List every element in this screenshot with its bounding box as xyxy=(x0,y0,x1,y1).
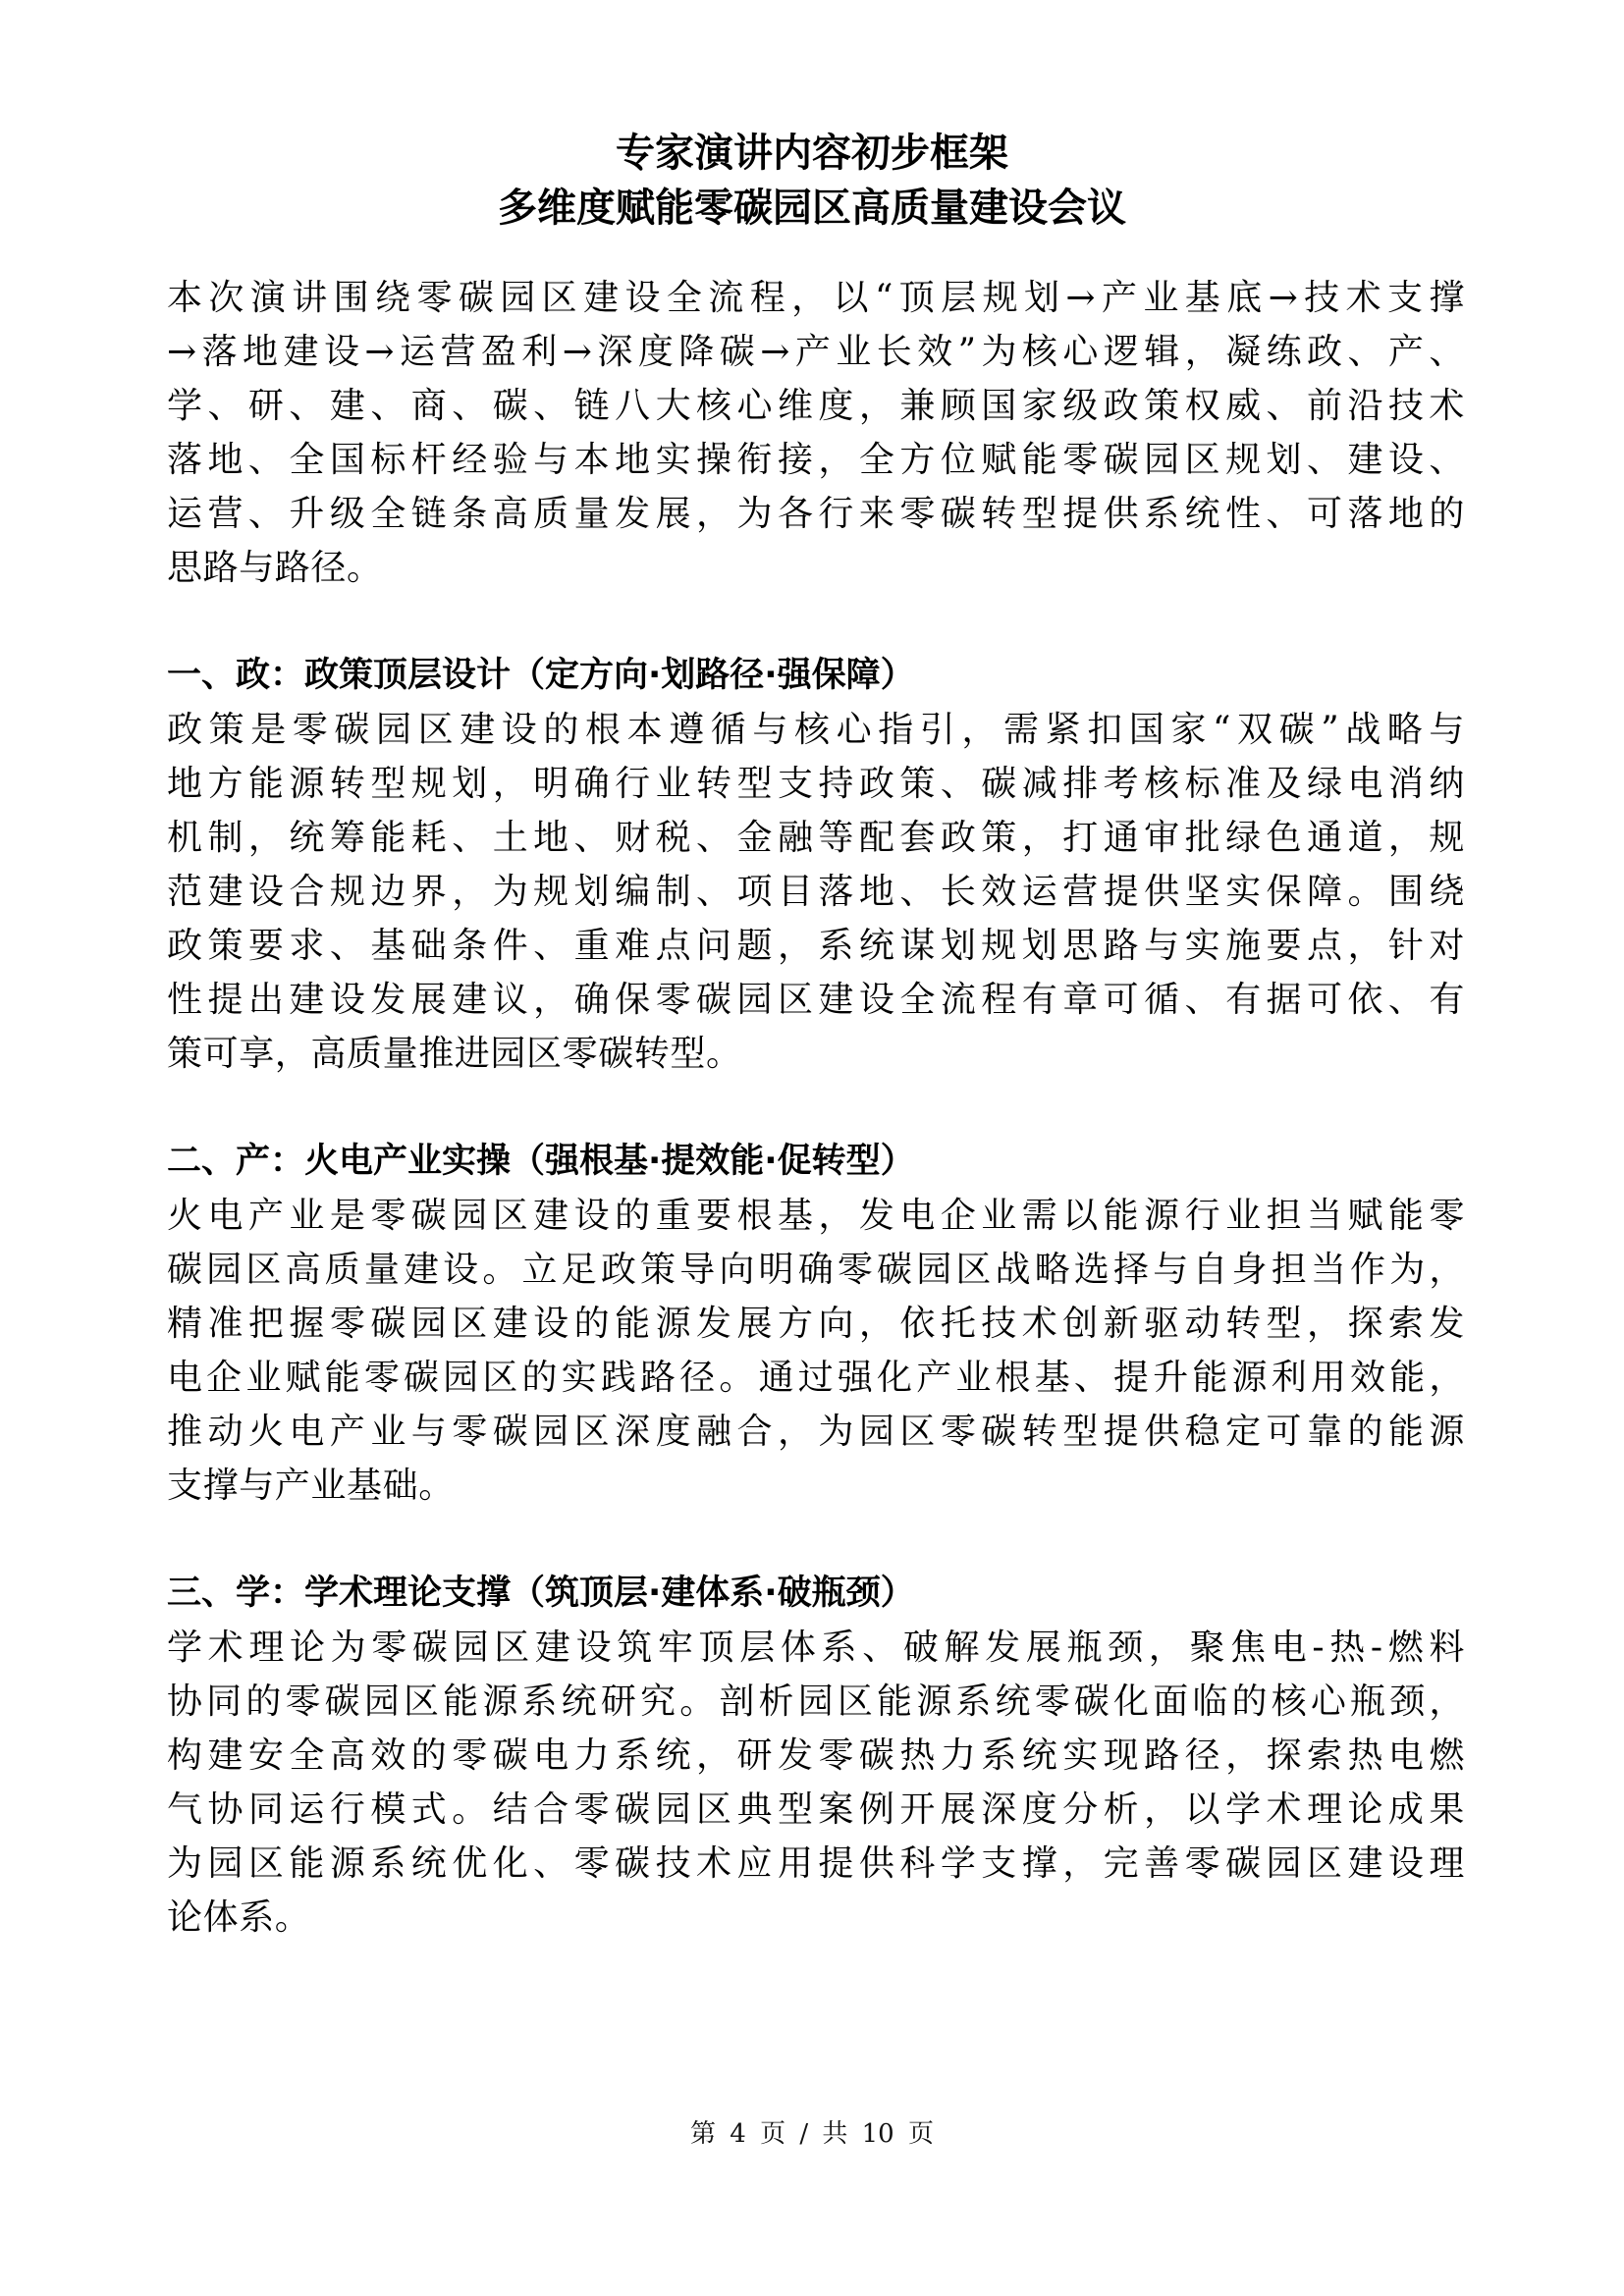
section-paragraph: 学术理论为零碳园区建设筑牢顶层体系、破解发展瓶颈，聚焦电-热-燃料 协同的零碳园… xyxy=(167,1621,1465,1945)
text-line: 电企业赋能零碳园区的实践路径。通过强化产业根基、提升能源利用效能， xyxy=(167,1351,1465,1405)
page-number: 第 4 页 / 共 10 页 xyxy=(0,2116,1624,2152)
text-line: 性提出建设发展建议，确保零碳园区建设全流程有章可循、有据可依、有 xyxy=(167,973,1465,1027)
text-line: 论体系。 xyxy=(167,1891,1465,1945)
section-academic: 三、学：学术理论支撑（筑顶层·建体系·破瓶颈） 学术理论为零碳园区建设筑牢顶层体… xyxy=(167,1567,1465,1945)
title-line-1: 专家演讲内容初步框架 xyxy=(0,126,1624,181)
text-line: 精准把握零碳园区建设的能源发展方向，依托技术创新驱动转型，探索发 xyxy=(167,1297,1465,1351)
section-heading: 二、产：火电产业实操（强根基·提效能·促转型） xyxy=(167,1135,1465,1189)
text-line: 本次演讲围绕零碳园区建设全流程，以“顶层规划→产业基底→技术支撑 xyxy=(167,271,1465,325)
text-line: 推动火电产业与零碳园区深度融合，为园区零碳转型提供稳定可靠的能源 xyxy=(167,1405,1465,1459)
text-line: 范建设合规边界，为规划编制、项目落地、长效运营提供坚实保障。围绕 xyxy=(167,865,1465,919)
text-line: 地方能源转型规划，明确行业转型支持政策、碳减排考核标准及绿电消纳 xyxy=(167,757,1465,811)
text-line: 思路与路径。 xyxy=(167,541,1465,595)
text-line: 碳园区高质量建设。立足政策导向明确零碳园区战略选择与自身担当作为， xyxy=(167,1243,1465,1297)
section-paragraph: 火电产业是零碳园区建设的重要根基，发电企业需以能源行业担当赋能零 碳园区高质量建… xyxy=(167,1189,1465,1513)
document-page: 专家演讲内容初步框架 多维度赋能零碳园区高质量建设会议 本次演讲围绕零碳园区建设… xyxy=(0,0,1624,2296)
text-line: 政策是零碳园区建设的根本遵循与核心指引，需紧扣国家“双碳”战略与 xyxy=(167,703,1465,757)
text-line: 运营、升级全链条高质量发展，为各行来零碳转型提供系统性、可落地的 xyxy=(167,487,1465,541)
text-line: 火电产业是零碳园区建设的重要根基，发电企业需以能源行业担当赋能零 xyxy=(167,1189,1465,1243)
text-line: 策可享，高质量推进园区零碳转型。 xyxy=(167,1027,1465,1081)
text-line: →落地建设→运营盈利→深度降碳→产业长效”为核心逻辑，凝练政、产、 xyxy=(167,325,1465,379)
text-line: 支撑与产业基础。 xyxy=(167,1459,1465,1513)
text-line: 为园区能源系统优化、零碳技术应用提供科学支撑，完善零碳园区建设理 xyxy=(167,1837,1465,1891)
text-line: 学术理论为零碳园区建设筑牢顶层体系、破解发展瓶颈，聚焦电-热-燃料 xyxy=(167,1621,1465,1675)
section-paragraph: 政策是零碳园区建设的根本遵循与核心指引，需紧扣国家“双碳”战略与 地方能源转型规… xyxy=(167,703,1465,1081)
text-line: 机制，统筹能耗、土地、财税、金融等配套政策，打通审批绿色通道，规 xyxy=(167,811,1465,865)
section-heading: 三、学：学术理论支撑（筑顶层·建体系·破瓶颈） xyxy=(167,1567,1465,1621)
text-line: 学、研、建、商、碳、链八大核心维度，兼顾国家级政策权威、前沿技术 xyxy=(167,379,1465,433)
section-heading: 一、政：政策顶层设计（定方向·划路径·强保障） xyxy=(167,649,1465,703)
section-policy: 一、政：政策顶层设计（定方向·划路径·强保障） 政策是零碳园区建设的根本遵循与核… xyxy=(167,649,1465,1081)
document-body: 本次演讲围绕零碳园区建设全流程，以“顶层规划→产业基底→技术支撑 →落地建设→运… xyxy=(167,271,1465,1945)
text-line: 气协同运行模式。结合零碳园区典型案例开展深度分析，以学术理论成果 xyxy=(167,1783,1465,1837)
text-line: 政策要求、基础条件、重难点问题，系统谋划规划思路与实施要点，针对 xyxy=(167,919,1465,973)
document-title: 专家演讲内容初步框架 多维度赋能零碳园区高质量建设会议 xyxy=(0,126,1624,236)
intro-paragraph: 本次演讲围绕零碳园区建设全流程，以“顶层规划→产业基底→技术支撑 →落地建设→运… xyxy=(167,271,1465,595)
title-line-2: 多维度赋能零碳园区高质量建设会议 xyxy=(0,181,1624,236)
text-line: 协同的零碳园区能源系统研究。剖析园区能源系统零碳化面临的核心瓶颈， xyxy=(167,1675,1465,1729)
section-industry: 二、产：火电产业实操（强根基·提效能·促转型） 火电产业是零碳园区建设的重要根基… xyxy=(167,1135,1465,1513)
text-line: 构建安全高效的零碳电力系统，研发零碳热力系统实现路径，探索热电燃 xyxy=(167,1729,1465,1783)
text-line: 落地、全国标杆经验与本地实操衔接，全方位赋能零碳园区规划、建设、 xyxy=(167,433,1465,487)
